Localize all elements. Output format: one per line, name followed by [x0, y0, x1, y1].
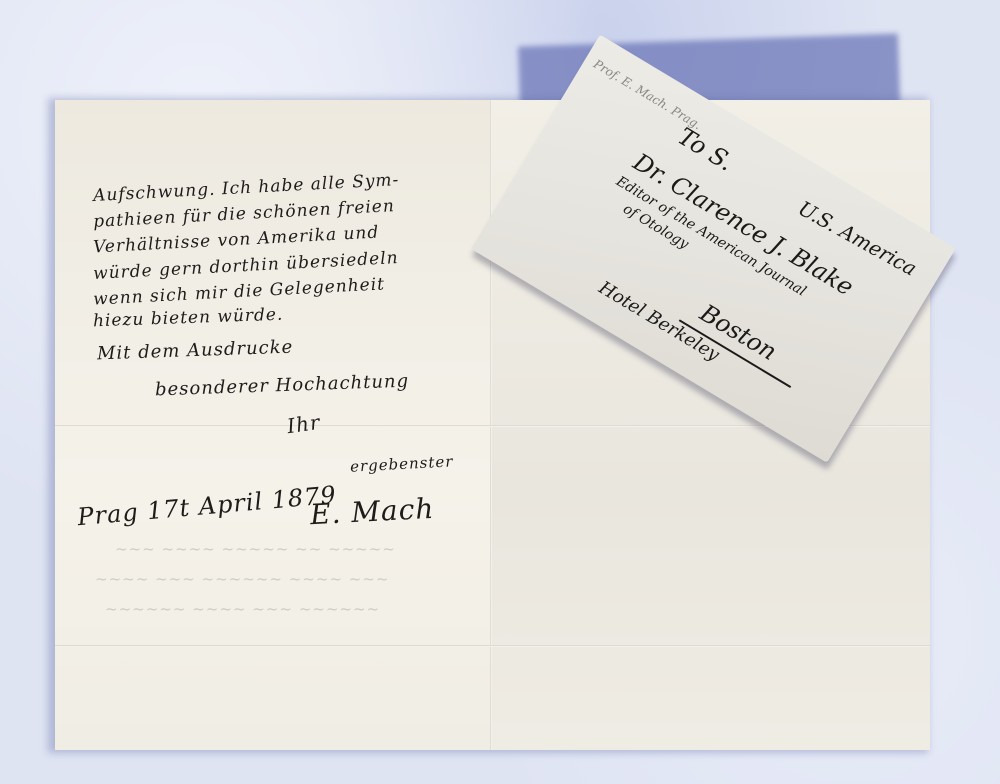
horizontal-fold-lower [55, 645, 930, 647]
signature: E. Mach [309, 492, 435, 531]
envelope-to: To S. [673, 122, 738, 177]
closing-mark: Ihr [285, 410, 321, 438]
bleed-through-text: ~~~~ ~~~ ~~~~~~ ~~~~ ~~~ [95, 570, 389, 588]
bleed-through-text: ~~~ ~~~~ ~~~~~ ~~ ~~~~~ [115, 540, 396, 558]
bleed-through-text: ~~~~~~ ~~~~ ~~~ ~~~~~~ [105, 600, 380, 618]
